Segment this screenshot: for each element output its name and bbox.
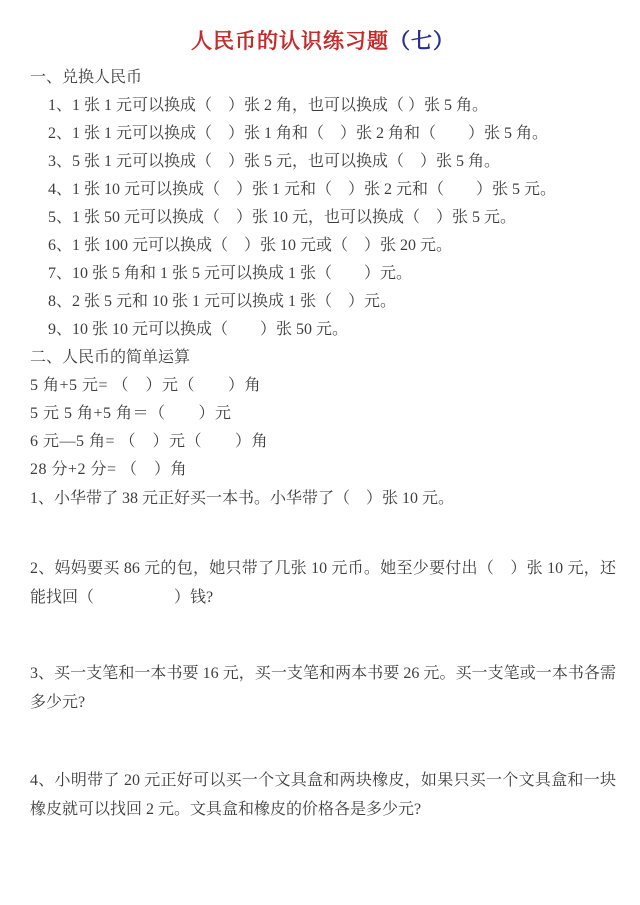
calc-expression-4: 28 分+2 分= （ ）角 xyxy=(30,456,616,484)
exchange-item-4: 4、1 张 10 元可以换成（ ）张 1 元和（ ）张 2 元和（ ）张 5 元… xyxy=(30,176,616,204)
calc-expression-3: 6 元—5 角= （ ）元（ ）角 xyxy=(30,428,616,456)
exchange-item-5: 5、1 张 50 元可以换成（ ）张 10 元，也可以换成（ ）张 5 元。 xyxy=(30,204,616,232)
calc-expression-1: 5 角+5 元= （ ）元（ ）角 xyxy=(30,372,616,400)
page-title-main: 人民币的认识练习题 xyxy=(191,29,389,53)
word-problem-4: 4、小明带了 20 元正好可以买一个文具盒和两块橡皮，如果只买一个文具盒和一块橡… xyxy=(30,766,616,824)
worksheet-content: 人民币的认识练习题（七） 一、兑换人民币 1、1 张 1 元可以换成（ ）张 2… xyxy=(0,0,640,824)
section2-heading: 二、人民币的简单运算 xyxy=(30,344,616,372)
page-title-suffix: （七） xyxy=(389,29,455,53)
section1-heading: 一、兑换人民币 xyxy=(30,64,616,92)
exchange-item-7: 7、10 张 5 角和 1 张 5 元可以换成 1 张（ ）元。 xyxy=(30,260,616,288)
exchange-item-9: 9、10 张 10 元可以换成（ ）张 50 元。 xyxy=(30,316,616,344)
exchange-item-1: 1、1 张 1 元可以换成（ ）张 2 角，也可以换成（ ）张 5 角。 xyxy=(30,92,616,120)
worksheet-page: 人民币的认识练习题（七） 一、兑换人民币 1、1 张 1 元可以换成（ ）张 2… xyxy=(0,0,640,905)
exchange-item-2: 2、1 张 1 元可以换成（ ）张 1 角和（ ）张 2 角和（ ）张 5 角。 xyxy=(30,120,616,148)
page-title: 人民币的认识练习题（七） xyxy=(30,26,616,56)
calc-expression-2: 5 元 5 角+5 角＝（ ）元 xyxy=(30,400,616,428)
exchange-item-8: 8、2 张 5 元和 10 张 1 元可以换成 1 张（ ）元。 xyxy=(30,288,616,316)
exchange-item-3: 3、5 张 1 元可以换成（ ）张 5 元，也可以换成（ ）张 5 角。 xyxy=(30,148,616,176)
word-problem-3: 3、买一支笔和一本书要 16 元，买一支笔和两本书要 26 元。买一支笔或一本书… xyxy=(30,659,616,717)
word-problem-1: 1、小华带了 38 元正好买一本书。小华带了（ ）张 10 元。 xyxy=(30,484,616,513)
exchange-item-6: 6、1 张 100 元可以换成（ ）张 10 元或（ ）张 20 元。 xyxy=(30,232,616,260)
word-problem-2: 2、妈妈要买 86 元的包，她只带了几张 10 元币。她至少要付出（ ）张 10… xyxy=(30,554,616,612)
